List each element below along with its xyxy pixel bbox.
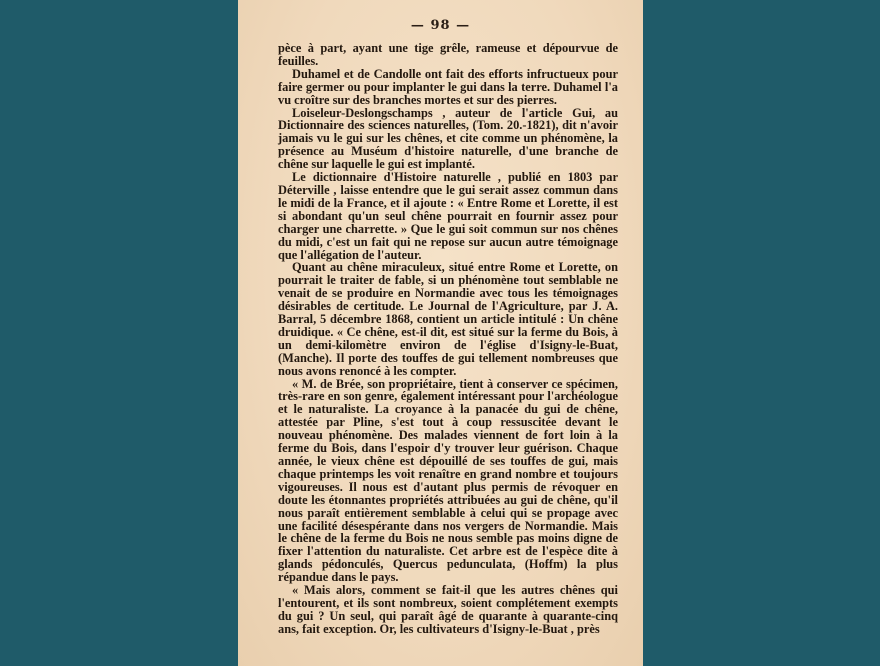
page-number: — 98 — [238,18,643,33]
body-text: pèce à part, ayant une tige grêle, rameu… [278,42,618,636]
paragraph: Quant au chêne miraculeux, situé entre R… [278,261,618,377]
paragraph: pèce à part, ayant une tige grêle, rameu… [278,42,618,68]
paragraph: Loiseleur-Deslongschamps , auteur de l'a… [278,107,618,172]
scanned-page: — 98 — pèce à part, ayant une tige grêle… [238,0,643,666]
paragraph: « Mais alors, comment se fait-il que les… [278,584,618,636]
paragraph: Le dictionnaire d'Histoire naturelle , p… [278,171,618,261]
paragraph: Duhamel et de Candolle ont fait des effo… [278,68,618,107]
paragraph: « M. de Brée, son propriétaire, tient à … [278,378,618,585]
